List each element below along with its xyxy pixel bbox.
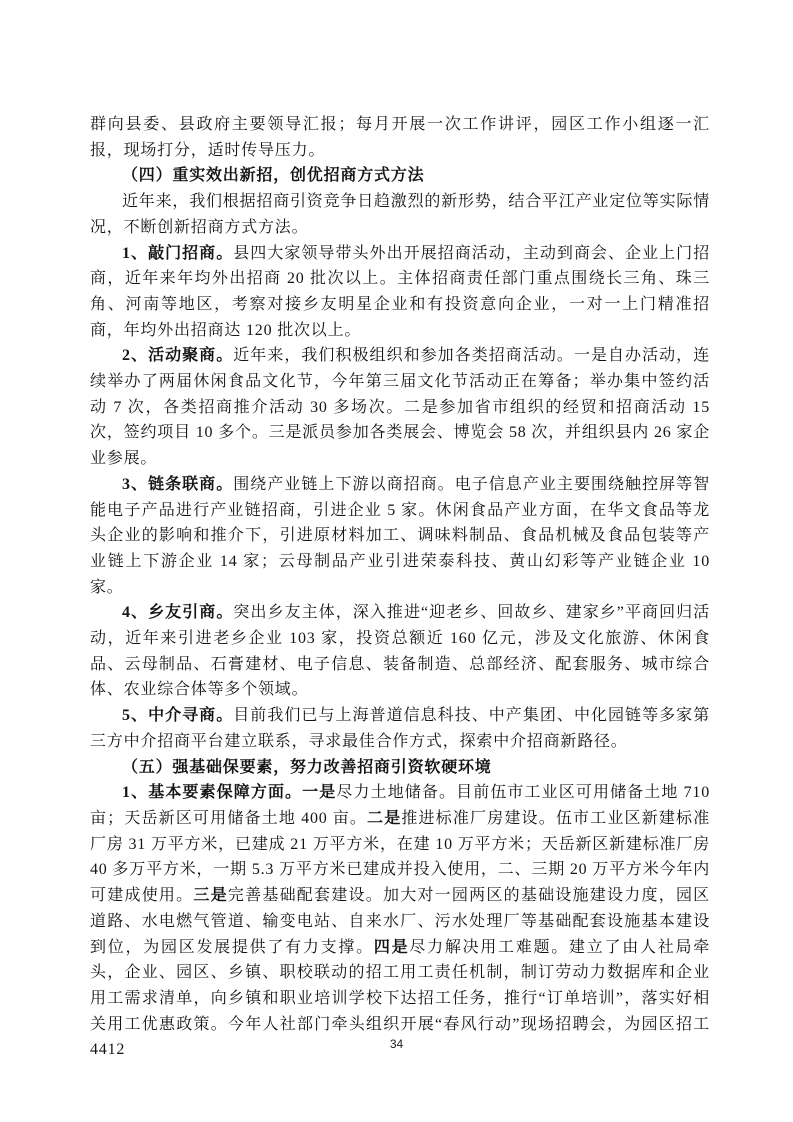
bold-lead-text: 5、中介寻商。 — [122, 707, 233, 724]
body-text: 近年来，我们根据招商引资竞争日趋激烈的新形势，结合平江产业定位等实际情况，不断创… — [90, 193, 710, 236]
paragraph: 群向县委、县政府主要领导汇报；每月开展一次工作讲评，园区工作小组逐一汇报，现场打… — [90, 112, 710, 163]
paragraph: 2、活动聚商。近年来，我们积极组织和参加各类招商活动。一是自办活动，连续举办了两… — [90, 343, 710, 472]
paragraph: 3、链条联商。围绕产业链上下游以商招商。电子信息产业主要围绕触控屏等智能电子产品… — [90, 472, 710, 601]
body-text: 近年来，我们积极组织和参加各类招商活动。一是自办活动，连续举办了两届休闲食品文化… — [90, 347, 710, 467]
bold-lead-text: 2、活动聚商。 — [122, 347, 233, 364]
bold-lead-text: 4、乡友引商。 — [122, 604, 233, 621]
paragraph: 近年来，我们根据招商引资竞争日趋激烈的新形势，结合平江产业定位等实际情况，不断创… — [90, 189, 710, 240]
paragraph: 4、乡友引商。突出乡友主体，深入推进“迎老乡、回故乡、建家乡”平商回归活动，近年… — [90, 600, 710, 703]
paragraph: 1、敲门招商。县四大家领导带头外出开展招商活动，主动到商会、企业上门招商，近年来… — [90, 241, 710, 344]
bold-lead-text: 二是 — [367, 810, 401, 827]
bold-lead-text: 1、基本要素保障方面。一是 — [122, 784, 336, 801]
body-text: 围绕产业链上下游以商招商。电子信息产业主要围绕触控屏等智能电子产品进行产业链招商… — [90, 476, 710, 596]
bold-lead-text: （四）重实效出新招，创优招商方式方法 — [122, 167, 424, 184]
document-body: 群向县委、县政府主要领导汇报；每月开展一次工作讲评，园区工作小组逐一汇报，现场打… — [90, 112, 710, 1063]
bold-lead-text: （五）强基础保要素，努力改善招商引资软硬环境 — [122, 759, 492, 776]
paragraph: 1、基本要素保障方面。一是尽力土地储备。目前伍市工业区可用储备土地 710 亩；… — [90, 780, 710, 1063]
bold-lead-text: 三是 — [193, 887, 227, 904]
page-number: 34 — [0, 1037, 793, 1051]
paragraph: 5、中介寻商。目前我们已与上海普道信息科技、中产集团、中化园链等多家第三方中介招… — [90, 703, 710, 754]
section-heading: （四）重实效出新招，创优招商方式方法 — [90, 163, 710, 189]
bold-lead-text: 3、链条联商。 — [122, 476, 233, 493]
document-page: 群向县委、县政府主要领导汇报；每月开展一次工作讲评，园区工作小组逐一汇报，现场打… — [0, 0, 793, 1122]
body-text: 群向县委、县政府主要领导汇报；每月开展一次工作讲评，园区工作小组逐一汇报，现场打… — [90, 116, 710, 159]
bold-lead-text: 四是 — [374, 939, 409, 956]
bold-lead-text: 1、敲门招商。 — [122, 245, 233, 262]
section-heading: （五）强基础保要素，努力改善招商引资软硬环境 — [90, 755, 710, 781]
